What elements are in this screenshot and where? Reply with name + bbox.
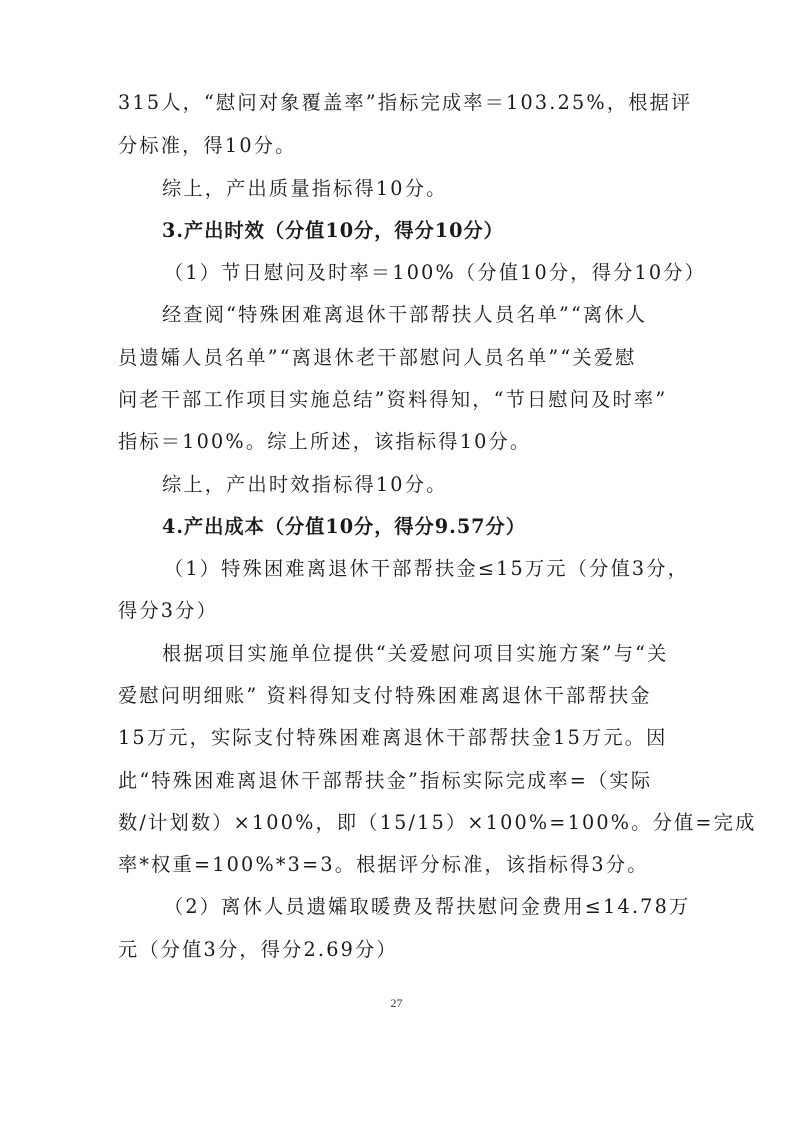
indicator-heading: （1）特殊困难离退休干部帮扶金≤15万元（分值3分， — [164, 557, 689, 581]
section-heading: 3.产出时效（分值10分，得分10分） — [162, 219, 504, 243]
text-line: 分标准，得10分。 — [118, 134, 297, 158]
text-line: 元（分值3分，得分2.69分） — [118, 938, 398, 962]
text-line: 15万元，实际支付特殊困难离退休干部帮扶金15万元。因 — [118, 726, 668, 750]
text-line: 315人，“慰问对象覆盖率”指标完成率＝103.25%，根据评 — [118, 91, 692, 115]
summary-line: 综上，产出时效指标得10分。 — [162, 473, 447, 497]
indicator-heading: （2）离休人员遗孀取暖费及帮扶慰问金费用≤14.78万 — [164, 895, 690, 919]
text-line: 员遗孀人员名单”“离退休老干部慰问人员名单”“关爱慰 — [118, 346, 637, 370]
text-line: 此“特殊困难离退休干部帮扶金”指标实际完成率=（实际 — [118, 769, 652, 793]
text-line: 指标＝100%。综上所述，该指标得10分。 — [118, 430, 531, 454]
indicator-heading: （1）节日慰问及时率＝100%（分值10分，得分10分） — [164, 261, 706, 285]
page-number: 27 — [0, 996, 793, 1011]
text-line: 数/计划数）×100%，即（15/15）×100%=100%。分值=完成 — [118, 811, 756, 835]
text-line: 得分3分） — [118, 599, 218, 623]
summary-line: 综上，产出质量指标得10分。 — [162, 177, 447, 201]
text-line: 问老干部工作项目实施总结”资料得知，“节日慰问及时率” — [118, 388, 667, 412]
text-line: 爱慰问明细账” 资料得知支付特殊困难离退休干部帮扶金 — [118, 684, 652, 708]
text-line: 经查阅“特殊困难离退休干部帮扶人员名单”“离休人 — [162, 303, 647, 327]
section-heading: 4.产出成本（分值10分，得分9.57分） — [162, 515, 526, 539]
text-line: 根据项目实施单位提供“关爱慰问项目实施方案”与“关 — [162, 642, 669, 666]
text-line: 率*权重=100%*3=3。根据评分标准，该指标得3分。 — [118, 853, 649, 877]
